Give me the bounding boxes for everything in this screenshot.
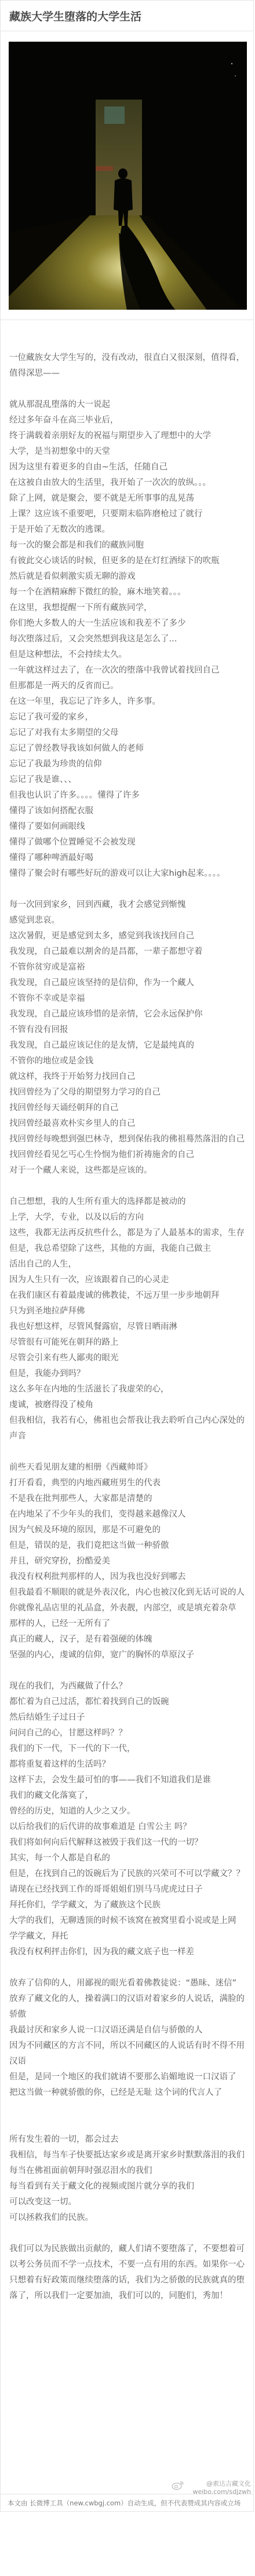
text-line: 尽管会引来有些人鄙夷的眼光 bbox=[9, 1351, 245, 1366]
text-line: 找回曾经最喜欢朴实乡里人的自己 bbox=[9, 1116, 245, 1132]
text-line: 懂得了哪种啤酒最好喝 bbox=[9, 850, 245, 866]
text-line: 放弃了信仰的人，用鄙视的眼光看着佛教徒说：“愚昧、迷信” bbox=[9, 1976, 245, 1991]
text-line: 放弃了藏文化的人，操着满口的汉语对着家乡的人说话，满脸的骄傲 bbox=[9, 1991, 245, 2023]
weibo-logo-icon bbox=[172, 2480, 184, 2490]
text-line: 懂得了做哪个位置睡觉不会被发现 bbox=[9, 835, 245, 850]
text-line: 在我们康区有着最虔诚的佛教徒，不远万里一步步地朝拜 bbox=[9, 1288, 245, 1304]
dark-alley-illustration bbox=[9, 42, 247, 310]
text-line: 于是开始了无数次的逃课。 bbox=[9, 522, 245, 538]
text-line: 大学的我们，无聊透顶的时候不该窝在被窝里看小说或是上网 bbox=[9, 1913, 245, 1929]
text-line: 以后给我们的后代讲的故事难道是 白雪公主 吗？ bbox=[9, 1819, 245, 1835]
text-line: 因为不同藏区的方言不同，所以不同藏区的人说话有时不得不用汉语 bbox=[9, 2038, 245, 2069]
text-line: 因为人生只有一次，应该跟着自己的心灵走 bbox=[9, 1272, 245, 1288]
text-line: 一年就这样过去了，在一次次的堕落中我曾试着找回自己 bbox=[9, 663, 245, 678]
text-line: 那样的人，已经一无所有了 bbox=[9, 1616, 245, 1632]
text-line: 前些天看见朋友建的相册《西藏帅哥》 bbox=[9, 1460, 245, 1476]
text-line: 其实，每一个人都是自私的 bbox=[9, 1851, 245, 1866]
watermark-url: weibo.com/sdjzwh bbox=[192, 2488, 251, 2496]
text-line: 找回曾经每晚想到强巴林寺，想到保佑我的佛祖蓦然落泪的自己 bbox=[9, 1132, 245, 1147]
text-line: 我发现，自己最难以割舍的是昌都，一辈子都想守着 bbox=[9, 944, 245, 960]
text-line: 我也好想这样，尽管风餐露宿，尽管日晒雨淋 bbox=[9, 1319, 245, 1335]
text-line: 虔诚，被磨得没了棱角 bbox=[9, 1397, 245, 1413]
text-line: 我最讨厌和家乡人说一口汉语还满是自信与骄傲的人 bbox=[9, 2023, 245, 2038]
text-line: 我们的下一代，下一代的下一代， bbox=[9, 1741, 245, 1757]
text-line: 感觉到悲哀。 bbox=[9, 913, 245, 929]
text-line: 在这里，我想提醒一下所有藏族同学， bbox=[9, 600, 245, 616]
text-line: 找回曾经每天诵经朝拜的自己 bbox=[9, 1100, 245, 1116]
text-line: 因为气候及环境的原因，那是不可避免的 bbox=[9, 1522, 245, 1538]
text-line: 但我最看不顺眼的就是外表汉化，内心也被汉化到无话可说的人 bbox=[9, 1585, 245, 1601]
footer: 本文由 长微博工具（new.cwbgj.com）自动生成，但不代表赞成其内容或立… bbox=[1, 2494, 253, 2511]
text-line: 每一个在酒精麻醉下微红的脸，麻木地笑着。。。 bbox=[9, 585, 245, 600]
text-line: 都忙着为自己过活，都忙着找到自己的饭碗 bbox=[9, 1694, 245, 1710]
text-line: 找回曾经看见乞丐心生怜悯为他们祈祷施舍的自己 bbox=[9, 1147, 245, 1163]
text-line: 我发现，自己最应该坚持的是信仰，作为一个藏人 bbox=[9, 975, 245, 991]
text-line: 请现在已经找到工作的哥哥姐姐们别马马虎虎过日子 bbox=[9, 1882, 245, 1898]
text-line: 但是，错误的是，我们竟把这当做一种骄傲 bbox=[9, 1538, 245, 1554]
text-line: 但我也认识了许多。。。。懂得了许多 bbox=[9, 788, 245, 803]
text-line: 一位藏族女大学生写的，没有改动，很直白又很深刻，值得看，值得深思—— bbox=[9, 350, 245, 381]
text-line: 在内地呆了不少年头的我们，变得越来越像汉人 bbox=[9, 1507, 245, 1522]
hero-image bbox=[9, 42, 247, 310]
text-line: 忘记了对我有太多期望的父母 bbox=[9, 725, 245, 741]
text-line: 找回曾经为了父母的期望努力学习的自己 bbox=[9, 1085, 245, 1100]
text-line: 只为到圣地拉萨拜佛 bbox=[9, 1304, 245, 1319]
text-line: 不管你的地位或是金钱 bbox=[9, 1054, 245, 1069]
text-line: 自己想想，我的人生所有重大的选择都是被动的 bbox=[9, 1194, 245, 1210]
paragraph-album: 前些天看见朋友建的相册《西藏帅哥》 打开看看，典型的内地西藏班男生的代表 不是我… bbox=[9, 1460, 245, 1663]
paragraph-freshman-year: 就从那混乱堕落的大一说起 经过多年奋斗在高三毕业后， 终于满载着亲朋好友的祝福与… bbox=[9, 397, 245, 882]
text-line: 尽管很有可能死在朝拜的路上 bbox=[9, 1335, 245, 1351]
text-line: 我发现，自己最应该记住的是友情，它是最纯真的 bbox=[9, 1038, 245, 1054]
text-line: 在这一年里，我忘记了许多人，许多事。 bbox=[9, 694, 245, 710]
text-line: 坚强的内心，虔诚的信仰，宽广的胸怀的草原汉子 bbox=[9, 1647, 245, 1663]
text-line: 我们将如何向后代解释这被毁于我们这一代的一切？ bbox=[9, 1835, 245, 1851]
text-line: 每当看到有关于藏文化的视频或图片就分享的我们 bbox=[9, 2179, 245, 2195]
text-line: 每当在佛祖面前朝拜时强忍泪水的我们 bbox=[9, 2163, 245, 2179]
text-line: 大学，是当初想象中的天堂 bbox=[9, 444, 245, 460]
text-line: 除了上网，就是聚会，要不就是无所事事的乱晃荡 bbox=[9, 491, 245, 507]
text-line: 但我相信，我若有心，佛祖也会帮我让我去聆听自己内心深处的声音 bbox=[9, 1413, 245, 1444]
text-line: 可以拯救我们的民族。 bbox=[9, 2210, 245, 2226]
text-line: 不管你不幸或是幸福 bbox=[9, 991, 245, 1007]
text-line: 不管你贫穷或是富裕 bbox=[9, 960, 245, 975]
text-line: 上学，大学，专业，以及以后的方向 bbox=[9, 1210, 245, 1225]
text-line: 这么多年在内地的生活滋长了我虚荣的心， bbox=[9, 1382, 245, 1397]
text-line: 忘记了我最为珍贵的信仰 bbox=[9, 757, 245, 772]
text-line: 懂得了聚会时有哪些好玩的游戏可以让大家high起来。。。。 bbox=[9, 866, 245, 882]
text-line: 并且，研究穿扮，扮酷爱美 bbox=[9, 1554, 245, 1569]
text-line: 因为这里有着更多的自由~生活，任随自己 bbox=[9, 460, 245, 475]
text-line: 我没有权利抨击你们，因为我的藏文底子也一样差 bbox=[9, 1944, 245, 1960]
paragraph-life-choices: 自己想想，我的人生所有重大的选择都是被动的 上学，大学，专业，以及以后的方向 这… bbox=[9, 1194, 245, 1444]
text-line: 把这当做一种就骄傲的你，已经是无耻 这个词的代言人了 bbox=[9, 2085, 245, 2101]
text-line: 然后就是看似刺激实质无聊的游戏 bbox=[9, 569, 245, 585]
text-line: 懂得了要如何画眼线 bbox=[9, 819, 245, 835]
text-line: 但是，我能办到吗？ bbox=[9, 1366, 245, 1382]
text-line: 我发现，自己最应该珍惜的是亲情，它会永远保护你 bbox=[9, 1007, 245, 1022]
weibo-watermark: @索达吉藏文化 weibo.com/sdjzwh bbox=[192, 2480, 251, 2496]
text-line: 有彼此交心谈话的时候，但更多的是在灯红酒绿下的吹瓶 bbox=[9, 553, 245, 569]
text-line: 你们绝大多数人的大一生活应该和我差不了多少 bbox=[9, 616, 245, 632]
text-line: 每一次回到家乡，回到西藏，我才会感觉到惭愧 bbox=[9, 897, 245, 913]
text-line: 都将重复着这样的生活吗？ bbox=[9, 1757, 245, 1773]
text-line: 真正的藏人，汉子，是有着强硬的体魄 bbox=[9, 1632, 245, 1647]
text-line: 这次暑假，更是感觉到太多，感觉到我该找回自己 bbox=[9, 929, 245, 944]
text-line: 但是这种想法，不会持续太久。 bbox=[9, 647, 245, 663]
paragraph-abandon-faith: 放弃了信仰的人，用鄙视的眼光看着佛教徒说：“愚昧、迷信” 放弃了藏文化的人，操着… bbox=[9, 1976, 245, 2101]
text-line: 但那都是一两天的反省而已。 bbox=[9, 678, 245, 694]
text-line: 懂得了该如何搭配衣服 bbox=[9, 803, 245, 819]
text-line: 上课？这应该不重要吧，只要期末临阵磨枪过了就行 bbox=[9, 507, 245, 522]
text-line: 学学藏文，拜托 bbox=[9, 1929, 245, 1944]
text-line: 活出自己的人生， bbox=[9, 1257, 245, 1272]
text-line: 你就像礼品店里的礼品盒，外表靓，内部空，或是填充着杂草 bbox=[9, 1601, 245, 1616]
title-bar: 藏族大学生堕落的大学生活 bbox=[1, 1, 253, 31]
text-line: 但是，我总希望除了这些，其他的方面，我能自己做主 bbox=[9, 1241, 245, 1257]
text-line: 对于一个藏人来说，这些都是应该的。 bbox=[9, 1163, 245, 1179]
text-line: 所有发生着的一切，都会过去 bbox=[9, 2132, 245, 2148]
text-line: 就这样，我终于开始努力找回自己 bbox=[9, 1069, 245, 1085]
text-line: 忘记了我可爱的家乡， bbox=[9, 710, 245, 725]
text-line: 每次堕落过后，又会突然想到我这是怎么了... bbox=[9, 632, 245, 647]
paragraph-hope: 所有发生着的一切，都会过去 我相信，每当车子快要抵达家乡或是离开家乡时默默落泪的… bbox=[9, 2132, 245, 2226]
paragraph-what-we-do: 现在的我们，为西藏做了什么？ 都忙着为自己过活，都忙着找到自己的饭碗 然后结婚生… bbox=[9, 1679, 245, 1960]
text-line: 在这被自由放大的生活里，我开始了一次次的放纵。。。 bbox=[9, 475, 245, 491]
text-line: 拜托你们，学学藏文，为了藏族这个民族 bbox=[9, 1898, 245, 1913]
watermark-handle: @索达吉藏文化 bbox=[192, 2480, 251, 2488]
text-line: 可以改变这一切。 bbox=[9, 2195, 245, 2210]
text-line: 每一次的聚会都是和我们的藏族同胞 bbox=[9, 538, 245, 553]
footer-disclaimer: 本文由 长微博工具（new.cwbgj.com）自动生成，但不代表赞成其内容或立… bbox=[8, 2498, 241, 2508]
text-line: 我相信，每当车子快要抵达家乡或是离开家乡时默默落泪的我们 bbox=[9, 2148, 245, 2163]
paragraph-return-home: 每一次回到家乡，回到西藏，我才会感觉到惭愧 感觉到悲哀。 这次暑假，更是感觉到太… bbox=[9, 897, 245, 1179]
text-line: 但是，在找到自己的饭碗后为了民族的兴荣可不可以学藏文？？ bbox=[9, 1866, 245, 1882]
text-line: 但是，是同一个地区的我们就请不要那么谄媚地说一口汉语了 bbox=[9, 2069, 245, 2085]
text-line: 这样下去，会发生最可怕的事——我们不知道我们是谁 bbox=[9, 1773, 245, 1788]
text-line: 问问自己的心，甘愿这样吗？？ bbox=[9, 1726, 245, 1741]
hero-image-section bbox=[1, 31, 253, 320]
article-title: 藏族大学生堕落的大学生活 bbox=[9, 8, 141, 24]
text-line: 我们可以为民族做出贡献的，藏人们请不要堕落了，不要想着可以考公务员而不学一点技术… bbox=[9, 2241, 245, 2304]
text-line: 不管有没有回报 bbox=[9, 1022, 245, 1038]
text-line: 曾经的历史，知道的人少之又少。 bbox=[9, 1804, 245, 1819]
paragraph-closing: 我们可以为民族做出贡献的，藏人们请不要堕落了，不要想着可以考公务员而不学一点技术… bbox=[9, 2241, 245, 2304]
text-line: 现在的我们，为西藏做了什么？ bbox=[9, 1679, 245, 1694]
text-line: 经过多年奋斗在高三毕业后， bbox=[9, 413, 245, 428]
text-line: 我没有权利批判那样的人，因为我也没好到哪去 bbox=[9, 1569, 245, 1585]
text-line: 终于满载着亲朋好友的祝福与期望步入了理想中的大学 bbox=[9, 428, 245, 444]
text-line: 忘记了曾经教导我该如何做人的老师 bbox=[9, 741, 245, 757]
intro-paragraph: 一位藏族女大学生写的，没有改动，很直白又很深刻，值得看，值得深思—— bbox=[9, 350, 245, 381]
text-line: 就从那混乱堕落的大一说起 bbox=[9, 397, 245, 413]
long-weibo-article: 藏族大学生堕落的大学生活 bbox=[0, 0, 254, 2512]
text-line: 这些，我都无法再反抗些什么，都是为了人最基本的需求，生存 bbox=[9, 1225, 245, 1241]
text-line: 然后结婚生子过日子 bbox=[9, 1710, 245, 1726]
text-line: 打开看看，典型的内地西藏班男生的代表 bbox=[9, 1476, 245, 1491]
text-line: 我们的藏文化落寞了， bbox=[9, 1788, 245, 1804]
text-line: 忘记了我是谁、、、 bbox=[9, 772, 245, 788]
article-body: 一位藏族女大学生写的，没有改动，很直白又很深刻，值得看，值得深思—— 就从那混乱… bbox=[1, 320, 253, 2494]
text-line: 不是我在批判那些人，大家都是清楚的 bbox=[9, 1491, 245, 1507]
